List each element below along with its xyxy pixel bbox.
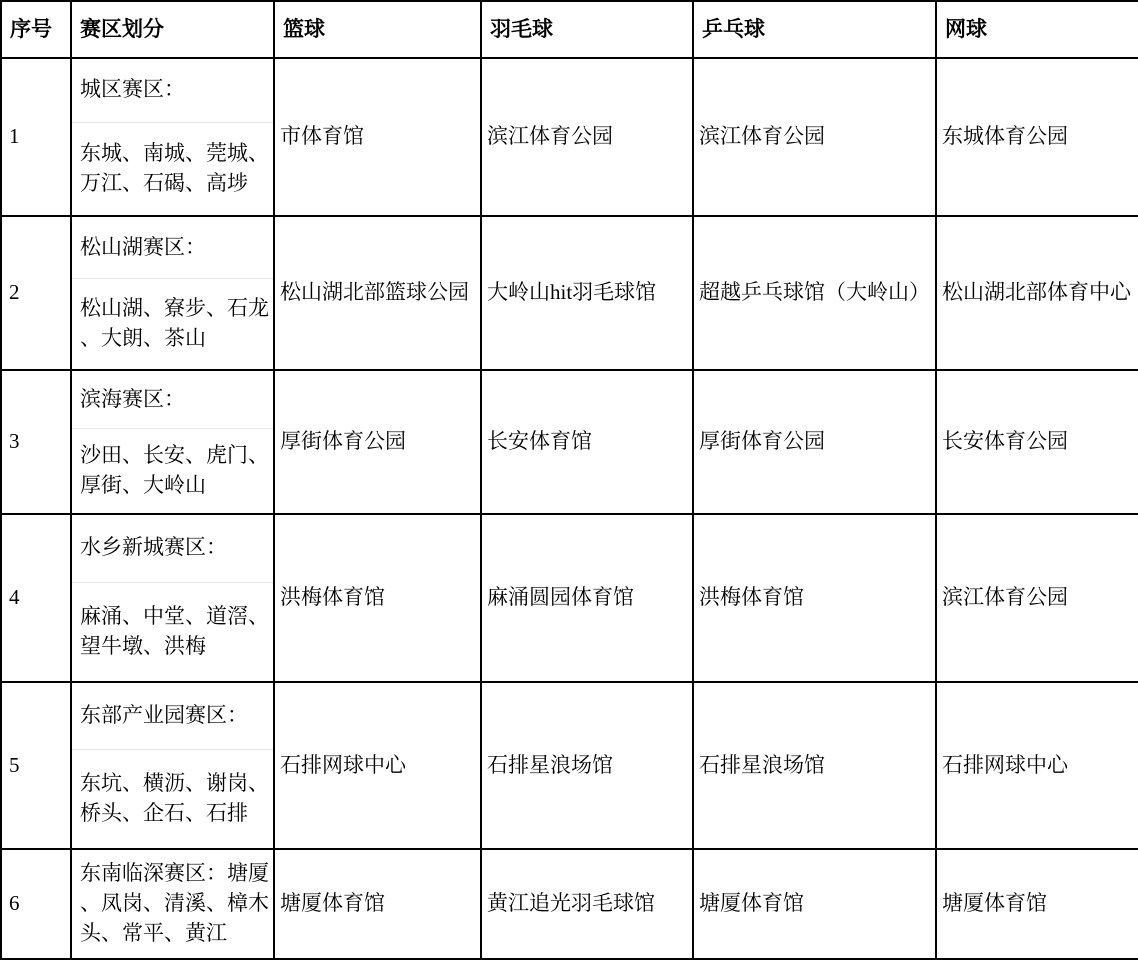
tennis-venue-cell: 滨江体育公园 — [936, 514, 1138, 682]
zone-title: 城区赛区： — [72, 59, 273, 122]
zone-cell: 城区赛区： 东城、南城、莞城、万江、石碣、高埗 — [71, 58, 274, 216]
row-index-cell: 5 — [1, 682, 71, 849]
row-index-cell: 6 — [1, 849, 71, 959]
tennis-venue-cell: 塘厦体育馆 — [936, 849, 1138, 959]
column-header-index: 序号 — [1, 1, 71, 58]
zone-members: 东城、南城、莞城、万江、石碣、高埗 — [72, 123, 273, 215]
zone-title: 松山湖赛区： — [72, 217, 273, 278]
document-page: 序号 赛区划分 篮球 羽毛球 乒乓球 网球 1 城区赛区： 东城、南城、莞城、万… — [0, 0, 1138, 960]
zone-cell: 东南临深赛区：塘厦、凤岗、清溪、樟木头、常平、黄江 — [71, 849, 274, 959]
row-index-cell: 2 — [1, 216, 71, 370]
badminton-venue-cell: 滨江体育公园 — [481, 58, 693, 216]
tennis-venue-cell: 长安体育公园 — [936, 370, 1138, 514]
tennis-venue-cell: 松山湖北部体育中心 — [936, 216, 1138, 370]
competition-venues-table: 序号 赛区划分 篮球 羽毛球 乒乓球 网球 1 城区赛区： 东城、南城、莞城、万… — [0, 0, 1138, 960]
zone-title: 东部产业园赛区： — [72, 683, 273, 749]
badminton-venue-cell: 长安体育馆 — [481, 370, 693, 514]
tennis-venue-cell: 石排网球中心 — [936, 682, 1138, 849]
column-header-badminton: 羽毛球 — [481, 1, 693, 58]
basketball-venue-cell: 松山湖北部篮球公园 — [274, 216, 481, 370]
zone-members: 松山湖、寮步、石龙、大朗、茶山 — [72, 279, 273, 369]
column-header-tennis: 网球 — [936, 1, 1138, 58]
zone-title: 水乡新城赛区： — [72, 515, 273, 582]
column-header-zone: 赛区划分 — [71, 1, 274, 58]
badminton-venue-cell: 麻涌圆园体育馆 — [481, 514, 693, 682]
basketball-venue-cell: 石排网球中心 — [274, 682, 481, 849]
table-tennis-venue-cell: 塘厦体育馆 — [693, 849, 936, 959]
zone-cell: 东部产业园赛区： 东坑、横沥、谢岗、桥头、企石、石排 — [71, 682, 274, 849]
basketball-venue-cell: 洪梅体育馆 — [274, 514, 481, 682]
row-index-cell: 3 — [1, 370, 71, 514]
table-tennis-venue-cell: 洪梅体育馆 — [693, 514, 936, 682]
badminton-venue-cell: 大岭山hit羽毛球馆 — [481, 216, 693, 370]
table-row: 5 东部产业园赛区： 东坑、横沥、谢岗、桥头、企石、石排 石排网球中心 石排星浪… — [1, 682, 1138, 849]
zone-cell: 滨海赛区： 沙田、长安、虎门、厚街、大岭山 — [71, 370, 274, 514]
header-row: 序号 赛区划分 篮球 羽毛球 乒乓球 网球 — [1, 1, 1138, 58]
table-row: 6 东南临深赛区：塘厦、凤岗、清溪、樟木头、常平、黄江 塘厦体育馆 黄江追光羽毛… — [1, 849, 1138, 959]
table-row: 1 城区赛区： 东城、南城、莞城、万江、石碣、高埗 市体育馆 滨江体育公园 滨江… — [1, 58, 1138, 216]
row-index-cell: 4 — [1, 514, 71, 682]
table-tennis-venue-cell: 滨江体育公园 — [693, 58, 936, 216]
zone-cell: 水乡新城赛区： 麻涌、中堂、道滘、望牛墩、洪梅 — [71, 514, 274, 682]
zone-members: 沙田、长安、虎门、厚街、大岭山 — [72, 429, 273, 513]
table-tennis-venue-cell: 超越乒乓球馆（大岭山） — [693, 216, 936, 370]
zone-title: 滨海赛区： — [72, 371, 273, 428]
zone-members: 东坑、横沥、谢岗、桥头、企石、石排 — [72, 750, 273, 848]
table-tennis-venue-cell: 厚街体育公园 — [693, 370, 936, 514]
badminton-venue-cell: 黄江追光羽毛球馆 — [481, 849, 693, 959]
column-header-table-tennis: 乒乓球 — [693, 1, 936, 58]
row-index-cell: 1 — [1, 58, 71, 216]
table-row: 3 滨海赛区： 沙田、长安、虎门、厚街、大岭山 厚街体育公园 长安体育馆 厚街体… — [1, 370, 1138, 514]
zone-cell: 松山湖赛区： 松山湖、寮步、石龙、大朗、茶山 — [71, 216, 274, 370]
badminton-venue-cell: 石排星浪场馆 — [481, 682, 693, 849]
basketball-venue-cell: 厚街体育公园 — [274, 370, 481, 514]
table-tennis-venue-cell: 石排星浪场馆 — [693, 682, 936, 849]
basketball-venue-cell: 市体育馆 — [274, 58, 481, 216]
table-row: 4 水乡新城赛区： 麻涌、中堂、道滘、望牛墩、洪梅 洪梅体育馆 麻涌圆园体育馆 … — [1, 514, 1138, 682]
basketball-venue-cell: 塘厦体育馆 — [274, 849, 481, 959]
zone-text: 东南临深赛区：塘厦、凤岗、清溪、樟木头、常平、黄江 — [72, 850, 273, 958]
zone-members: 麻涌、中堂、道滘、望牛墩、洪梅 — [72, 583, 273, 681]
column-header-basketball: 篮球 — [274, 1, 481, 58]
table-row: 2 松山湖赛区： 松山湖、寮步、石龙、大朗、茶山 松山湖北部篮球公园 大岭山hi… — [1, 216, 1138, 370]
tennis-venue-cell: 东城体育公园 — [936, 58, 1138, 216]
